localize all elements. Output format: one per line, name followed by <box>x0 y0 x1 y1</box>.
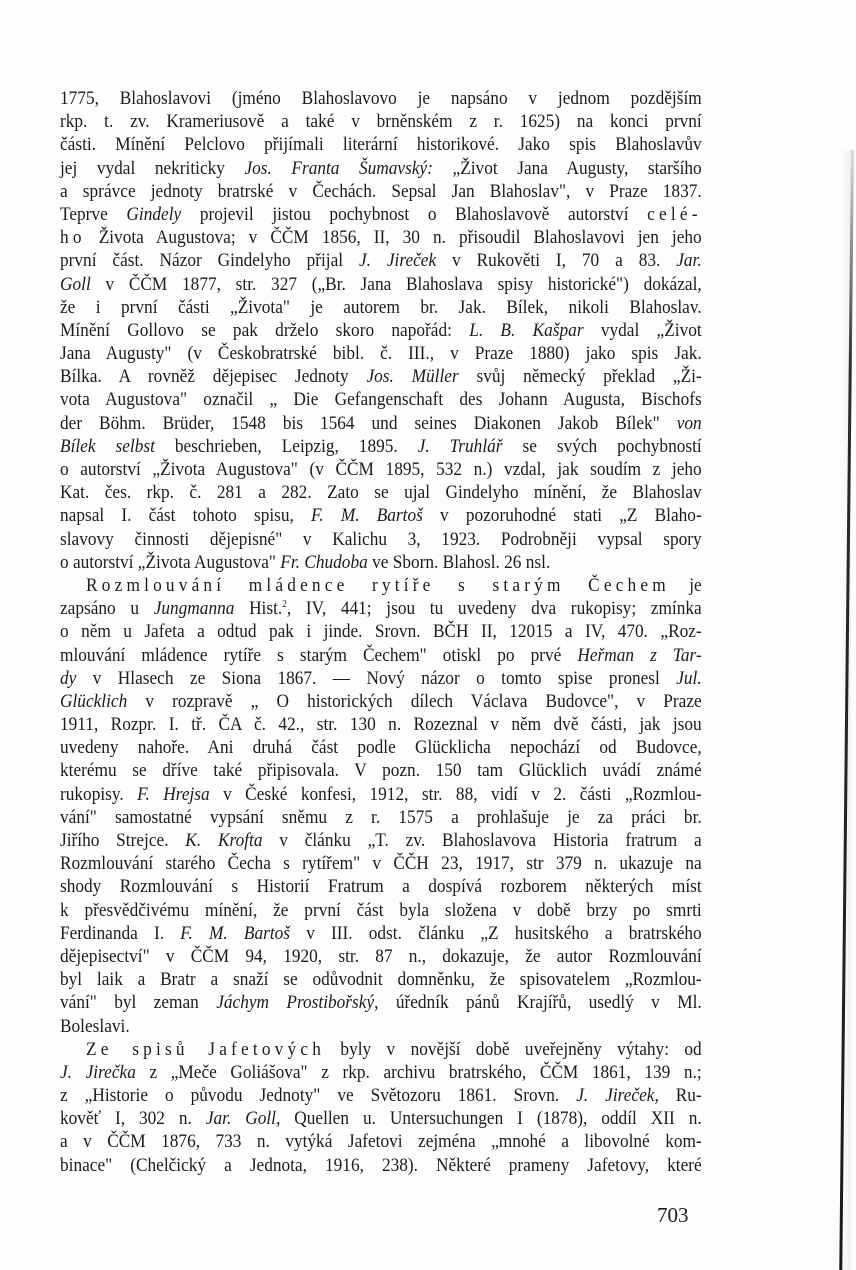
text-segment: úředník pánů Krajířů, usedlý v Ml. <box>378 992 701 1013</box>
text-segment: k přesvědčivému mínění, že první část by… <box>60 900 702 921</box>
italic-text: Jáchym Prostibořský, <box>216 992 378 1013</box>
text-segment: vota Augustova" označil „ Die Gefangensc… <box>60 389 702 410</box>
text-segment: rkp. t. zv. Krameriusově a také v brněns… <box>60 111 702 132</box>
text-segment: části. Mínění Pelclovo přijímali literár… <box>60 134 702 155</box>
italic-text: J. Jireček <box>359 250 436 271</box>
text-line: Rozmlouvání starého Čecha s rytířem" v Č… <box>60 852 702 875</box>
text-line: dy v Hlasech ze Siona 1867. — Nový názor… <box>60 667 702 690</box>
italic-text: J. Truhlář <box>418 436 503 457</box>
text-segment: vání" samostatné vypsání sněmu z r. 1575… <box>60 807 702 828</box>
text-line: Ferdinanda I. F. M. Bartoš v III. odst. … <box>60 922 702 945</box>
text-segment: Boleslavi. <box>60 1016 130 1037</box>
text-segment: první část. Názor Gindelyho přijal <box>60 250 359 271</box>
text-line: shody Rozmlouvání s Historií Fratrum a d… <box>60 875 702 898</box>
text-segment: Ru- <box>659 1085 702 1106</box>
text-line: že i první části „Života" je autorem br.… <box>60 296 702 319</box>
text-line: k přesvědčivému mínění, že první část by… <box>60 899 702 922</box>
italic-text: Jar. <box>676 250 701 271</box>
text-segment: ve Sborn. Blahosl. 26 nsl. <box>368 552 551 573</box>
text-line: Teprve Gindely projevil jistou pochybnos… <box>60 203 702 226</box>
text-segment: o autorství „Života Augustova" <box>60 552 280 573</box>
text-segment: Quellen u. Untersuchungen I (1878), oddí… <box>280 1108 701 1129</box>
text-segment: beschrieben, Leipzig, 1895. <box>155 436 418 457</box>
text-line: rukopisy. F. Hrejsa v České konfesi, 191… <box>60 783 702 806</box>
text-segment: v České konfesi, 1912, str. 88, vidí v 2… <box>210 784 702 805</box>
text-segment: v ČČM 1877, str. 327 („Br. Jana Blahosla… <box>91 274 702 295</box>
text-line: vota Augustova" označil „ Die Gefangensc… <box>60 388 702 411</box>
text-segment: z „Meče Goliášova" z rkp. archivu bratrs… <box>136 1062 702 1083</box>
text-segment: kověť I, 302 n. <box>60 1108 206 1129</box>
italic-text: F. M. Bartoš <box>180 923 290 944</box>
text-segment: je <box>670 575 702 596</box>
spaced-emphasis-text: ho <box>60 227 86 248</box>
text-line: z „Historie o původu Jednoty" ve Světozo… <box>60 1084 702 1107</box>
text-segment: shody Rozmlouvání s Historií Fratrum a d… <box>60 876 702 897</box>
text-line: části. Mínění Pelclovo přijímali literár… <box>60 133 702 156</box>
italic-text: J. Jirečka <box>60 1062 136 1083</box>
text-segment: napsal I. část tohoto spisu, <box>60 505 311 526</box>
spaced-emphasis-text: celé- <box>647 204 702 225</box>
italic-text: L. B. Kašpar <box>469 320 583 341</box>
book-page: 1775, Blahoslavovi (jméno Blahoslavovo j… <box>0 0 856 1270</box>
text-line: binace" (Chelčický a Jednota, 1916, 238)… <box>60 1154 702 1177</box>
text-segment: Kat. čes. rkp. č. 281 a 282. Zato se uja… <box>60 482 702 503</box>
text-segment: der Böhm. Brüder, 1548 bis 1564 und sein… <box>60 413 677 434</box>
text-segment: svůj německý překlad „Ži- <box>459 366 702 387</box>
text-segment: uvedeny nahoře. Ani druhá část podle Glü… <box>60 737 702 758</box>
italic-text: Jos. Müller <box>366 366 458 387</box>
text-segment: kterému se dříve také připisovala. V poz… <box>60 760 702 781</box>
text-segment: „Život Jana Augusty, staršího <box>433 158 702 179</box>
text-line: kověť I, 302 n. Jar. Goll, Quellen u. Un… <box>60 1107 702 1130</box>
text-line: a v ČČM 1876, 733 n. vytýká Jafetovi zej… <box>60 1130 702 1153</box>
text-line: Goll v ČČM 1877, str. 327 („Br. Jana Bla… <box>60 273 702 296</box>
text-line: rkp. t. zv. Krameriusově a také v brněns… <box>60 110 702 133</box>
text-segment: Hist. <box>234 598 282 619</box>
text-segment: v Hlasech ze Siona 1867. — Nový názor o … <box>76 668 676 689</box>
text-segment: rukopisy. <box>60 784 137 805</box>
italic-text: von <box>677 413 702 434</box>
text-line: der Böhm. Brüder, 1548 bis 1564 und sein… <box>60 412 702 435</box>
text-line: Jana Augusty" (v Českobratrské bibl. č. … <box>60 342 702 365</box>
text-line: a správce jednoty bratrské v Čechách. Se… <box>60 180 702 203</box>
text-segment: Rozmlouvání starého Čecha s rytířem" v Č… <box>60 853 702 874</box>
text-line: mlouvání mládence rytíře s starým Čechem… <box>60 644 702 667</box>
text-segment: Ferdinanda I. <box>60 923 180 944</box>
text-line: vání" byl zeman Jáchym Prostibořský, úře… <box>60 991 702 1014</box>
text-segment: slavovy činnosti dějepisné" v Kalichu 3,… <box>60 529 702 550</box>
text-line: Kat. čes. rkp. č. 281 a 282. Zato se uja… <box>60 481 702 504</box>
italic-text: K. Krofta <box>185 830 262 851</box>
text-line: byl laik a Bratr a snaží se odůvodnit do… <box>60 968 702 991</box>
italic-text: F. Hrejsa <box>137 784 210 805</box>
text-segment: zapsáno u <box>60 598 154 619</box>
text-line: uvedeny nahoře. Ani druhá část podle Glü… <box>60 736 702 759</box>
text-line: Glücklich v rozpravě „ O historických dí… <box>60 690 702 713</box>
spaced-emphasis-text: Rozmlouvání mládence rytíře s starým Čec… <box>86 575 670 596</box>
text-line: Ze spisů Jafetových byly v novější době … <box>60 1038 702 1061</box>
text-segment: a v ČČM 1876, 733 n. vytýká Jafetovi zej… <box>60 1131 702 1152</box>
text-line: J. Jirečka z „Meče Goliášova" z rkp. arc… <box>60 1061 702 1084</box>
italic-text: Glücklich <box>60 691 127 712</box>
text-line: Jiřího Strejce. K. Krofta v článku „T. z… <box>60 829 702 852</box>
text-segment: projevil jistou pochybnost o Blahoslavov… <box>181 204 647 225</box>
text-line: 1911, Rozpr. I. tř. ČA č. 42., str. 130 … <box>60 713 702 736</box>
text-line: Bílka. A rovněž dějepisec Jednoty Jos. M… <box>60 365 702 388</box>
italic-text: Jos. Franta Šumavský: <box>244 158 432 179</box>
text-line: jej vydal nekriticky Jos. Franta Šumavsk… <box>60 157 702 180</box>
text-line: Mínění Gollovo se pak drželo skoro napoř… <box>60 319 702 342</box>
text-line: kterému se dříve také připisovala. V poz… <box>60 759 702 782</box>
page-number: 703 <box>657 1203 689 1228</box>
text-segment: mlouvání mládence rytíře s starým Čechem… <box>60 645 577 666</box>
text-segment: byl laik a Bratr a snaží se odůvodnit do… <box>60 969 702 990</box>
text-segment: Teprve <box>60 204 126 225</box>
text-segment: v pozoruhodné stati „Z Blaho- <box>423 505 702 526</box>
text-line: vání" samostatné vypsání sněmu z r. 1575… <box>60 806 702 829</box>
text-segment: o autorství „Života Augustova" (v ČČM 18… <box>60 459 702 480</box>
italic-text: Bílek selbst <box>60 436 155 457</box>
text-segment: byly v novější době uveřejněny výtahy: o… <box>325 1039 702 1060</box>
text-segment: se svých pochybností <box>503 436 702 457</box>
text-line: o něm u Jafeta a odtud pak i jinde. Srov… <box>60 620 702 643</box>
text-segment: v rozpravě „ O historických dílech Václa… <box>127 691 701 712</box>
text-segment: Jiřího Strejce. <box>60 830 185 851</box>
spaced-emphasis-text: Ze spisů Jafetových <box>86 1039 325 1060</box>
italic-text: Jul. <box>676 668 701 689</box>
text-segment: binace" (Chelčický a Jednota, 1916, 238)… <box>60 1155 702 1176</box>
text-segment: jej vydal nekriticky <box>60 158 244 179</box>
text-line: o autorství „Života Augustova" Fr. Chudo… <box>60 551 702 574</box>
body-text: 1775, Blahoslavovi (jméno Blahoslavovo j… <box>60 87 702 1177</box>
text-segment: o něm u Jafeta a odtud pak i jinde. Srov… <box>60 621 702 642</box>
italic-text: Jar. Goll, <box>206 1108 280 1129</box>
text-line: 1775, Blahoslavovi (jméno Blahoslavovo j… <box>60 87 702 110</box>
italic-text: Fr. Chudoba <box>280 552 367 573</box>
italic-text: Heřman z Tar- <box>577 645 701 666</box>
text-segment: a správce jednoty bratrské v Čechách. Se… <box>60 181 702 202</box>
italic-text: F. M. Bartoš <box>311 505 423 526</box>
text-segment: vydal „Život <box>584 320 702 341</box>
text-segment: v III. odst. článku „Z husitského a brat… <box>290 923 702 944</box>
text-line: napsal I. část tohoto spisu, F. M. Barto… <box>60 504 702 527</box>
text-line: zapsáno u Jungmanna Hist.2, IV, 441; jso… <box>60 597 702 620</box>
text-line: Rozmlouvání mládence rytíře s starým Čec… <box>60 574 702 597</box>
text-line: Boleslavi. <box>60 1015 702 1038</box>
text-segment: Mínění Gollovo se pak drželo skoro napoř… <box>60 320 469 341</box>
text-line: první část. Názor Gindelyho přijal J. Ji… <box>60 249 702 272</box>
italic-text: Jungmanna <box>154 598 235 619</box>
text-segment: 1775, Blahoslavovi (jméno Blahoslavovo j… <box>60 88 702 109</box>
text-line: dějepisectví" v ČČM 94, 1920, str. 87 n.… <box>60 945 702 968</box>
text-line: slavovy činnosti dějepisné" v Kalichu 3,… <box>60 528 702 551</box>
text-segment: dějepisectví" v ČČM 94, 1920, str. 87 n.… <box>60 946 702 967</box>
text-segment: Života Augustova; v ČČM 1856, II, 30 n. … <box>86 227 702 248</box>
text-segment: v Rukověti I, 70 a 83. <box>436 250 676 271</box>
text-segment: Bílka. A rovněž dějepisec Jednoty <box>60 366 366 387</box>
italic-text: dy <box>60 668 76 689</box>
text-line: ho Života Augustova; v ČČM 1856, II, 30 … <box>60 226 702 249</box>
text-segment: že i první části „Života" je autorem br.… <box>60 297 702 318</box>
italic-text: J. Jireček, <box>576 1085 659 1106</box>
italic-text: Gindely <box>126 204 181 225</box>
text-segment: Jana Augusty" (v Českobratrské bibl. č. … <box>60 343 702 364</box>
text-segment: , IV, 441; jsou tu uvedeny dva rukopisy;… <box>287 598 702 619</box>
text-line: o autorství „Života Augustova" (v ČČM 18… <box>60 458 702 481</box>
text-segment: z „Historie o původu Jednoty" ve Světozo… <box>60 1085 576 1106</box>
text-segment: v článku „T. zv. Blahoslavova Historia f… <box>262 830 701 851</box>
text-segment: 1911, Rozpr. I. tř. ČA č. 42., str. 130 … <box>60 714 702 735</box>
italic-text: Goll <box>60 274 91 295</box>
text-segment: vání" byl zeman <box>60 992 216 1013</box>
text-line: Bílek selbst beschrieben, Leipzig, 1895.… <box>60 435 702 458</box>
